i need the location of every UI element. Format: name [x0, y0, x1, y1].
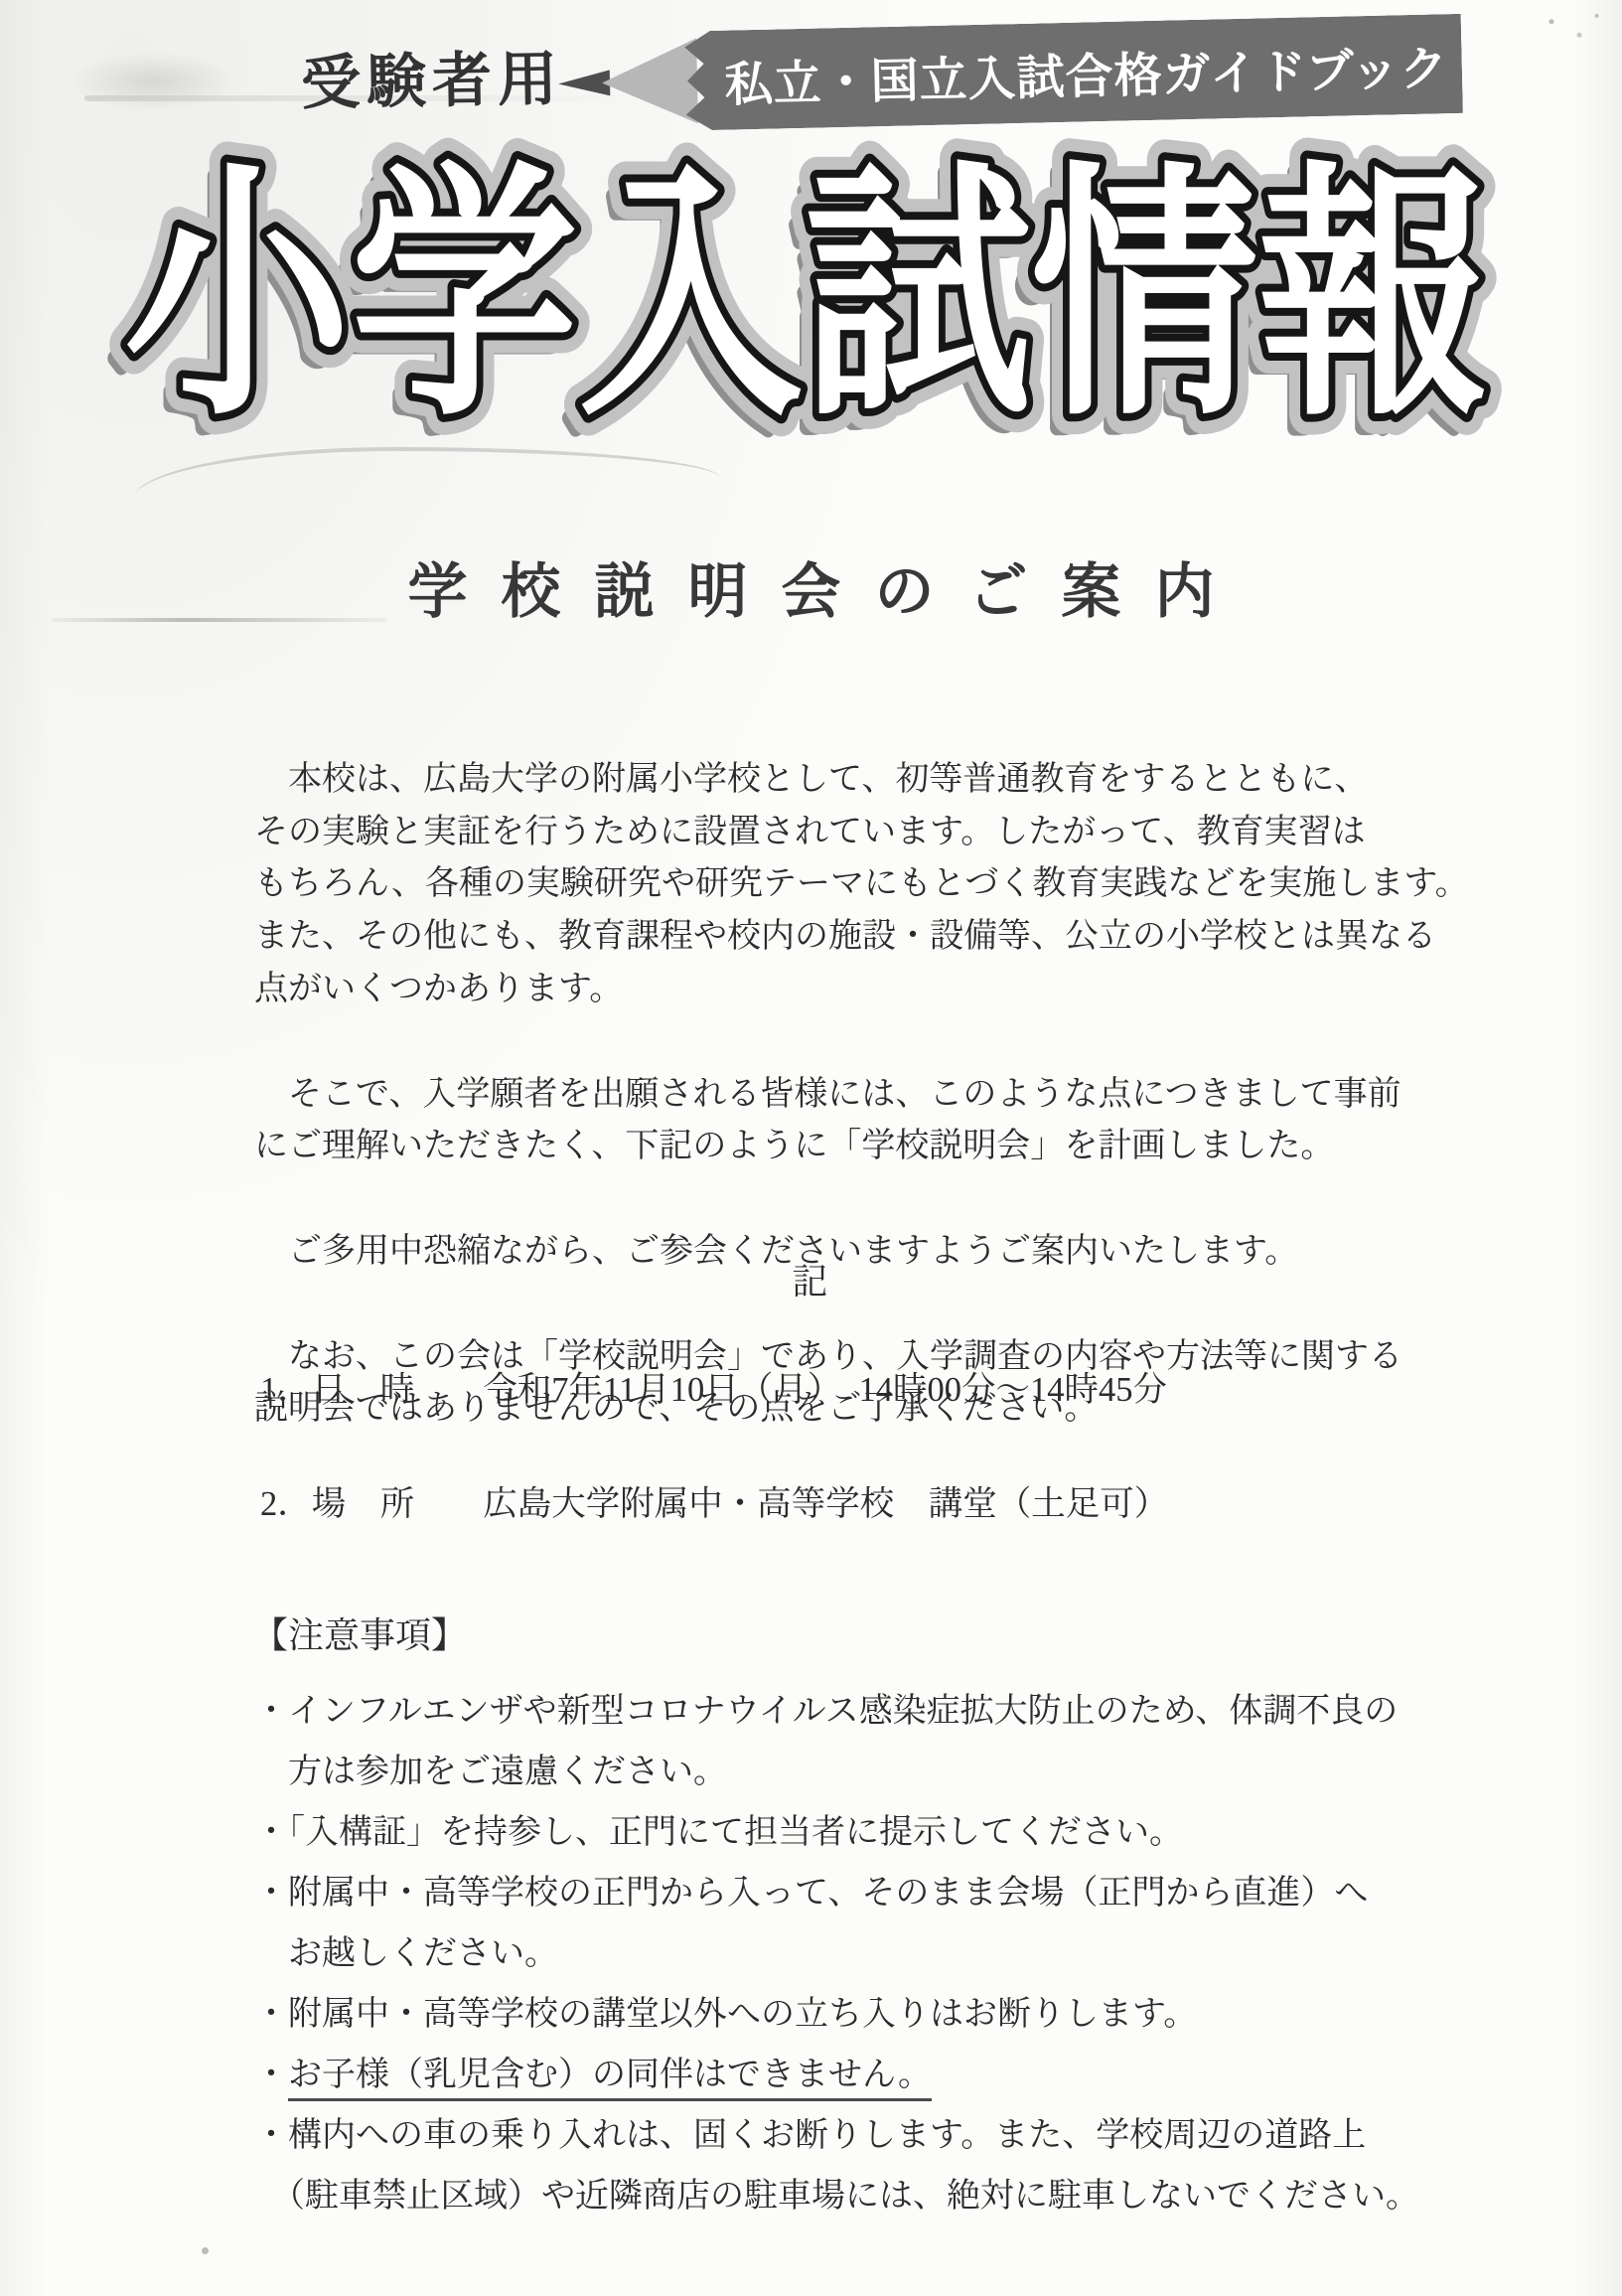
scanned-document-page: 受験者用 私立・国立入試合格ガイドブック 小学入試情報 小学入試情報 小学入試情…: [0, 0, 1622, 2296]
note-text: 附属中・高等学校の正門から入って、そのまま会場（正門から直進）へ お越しください…: [254, 1875, 1368, 1972]
bullet-icon: ・: [254, 1814, 288, 1851]
note-text: 「入構証」を持参し、正門にて担当者に提示してください。: [288, 1814, 1183, 1851]
note-text-underlined: お子様（乳児含む）の同伴はできません。: [288, 2057, 932, 2101]
note-item: ・構内への車の乗り入れは、固くお断りします。また、学校周辺の道路上 （駐車禁止区…: [254, 2105, 1546, 2226]
scan-speckles: [1532, 6, 1611, 51]
scan-smudge: [70, 52, 238, 111]
record-marker: 記: [0, 1254, 1622, 1304]
note-text: インフルエンザや新型コロナウイルス感染症拡大防止のため、体調不良の 方は参加をご…: [254, 1693, 1398, 1790]
notes-heading: 【注意事項】: [252, 1607, 467, 1658]
bullet-icon: ・: [254, 1996, 288, 2033]
main-title: 小学入試情報: [124, 139, 1485, 452]
examinee-badge: 受験者用: [300, 32, 563, 122]
paragraph: 本校は、広島大学の附属小学校として、初等普通教育をするとともに、 その実験と実証…: [254, 754, 1526, 1016]
section-heading: 学校説明会のご案内: [0, 544, 1622, 630]
paragraph: そこで、入学願者を出願される皆様には、このような点につきまして事前 にご理解いた…: [254, 1069, 1526, 1174]
note-text: 附属中・高等学校の講堂以外への立ち入りはお断りします。: [288, 1996, 1197, 2033]
note-item: ・インフルエンザや新型コロナウイルス感染症拡大防止のため、体調不良の 方は参加を…: [254, 1681, 1546, 1802]
note-text: 構内への車の乗り入れは、固くお断りします。また、学校周辺の道路上 （駐車禁止区域…: [254, 2117, 1419, 2215]
banner-ribbon: 私立・国立入試合格ガイドブック: [684, 14, 1463, 131]
scan-dot: [202, 2247, 209, 2254]
note-item: ・「入構証」を持参し、正門にて担当者に提示してください。: [254, 1802, 1546, 1863]
note-item: ・附属中・高等学校の講堂以外への立ち入りはお断りします。: [254, 1984, 1546, 2045]
detail-place: 2．場 所 広島大学附属中・高等学校 講堂（土足可）: [260, 1475, 1168, 1525]
bullet-icon: ・: [254, 2117, 288, 2154]
bullet-icon: ・: [254, 2057, 288, 2093]
guidebook-banner: 私立・国立入試合格ガイドブック: [555, 11, 1481, 141]
note-item: ・お子様（乳児含む）の同伴はできません。: [254, 2045, 1546, 2105]
bullet-icon: ・: [254, 1875, 288, 1912]
pencil-cone-icon: [601, 38, 698, 125]
banner-title: 私立・国立入試合格ガイドブック: [698, 30, 1449, 115]
note-item: ・附属中・高等学校の正門から入って、そのまま会場（正門から直進）へ お越しくださ…: [254, 1863, 1546, 1984]
notes-list: ・インフルエンザや新型コロナウイルス感染症拡大防止のため、体調不良の 方は参加を…: [254, 1681, 1546, 2226]
main-title-art: 小学入試情報 小学入試情報 小学入試情報: [94, 132, 1515, 462]
detail-date-time: 1．日 時 令和7年11月10日（月） 14時00分～14時45分: [260, 1361, 1167, 1411]
bullet-icon: ・: [254, 1693, 288, 1730]
